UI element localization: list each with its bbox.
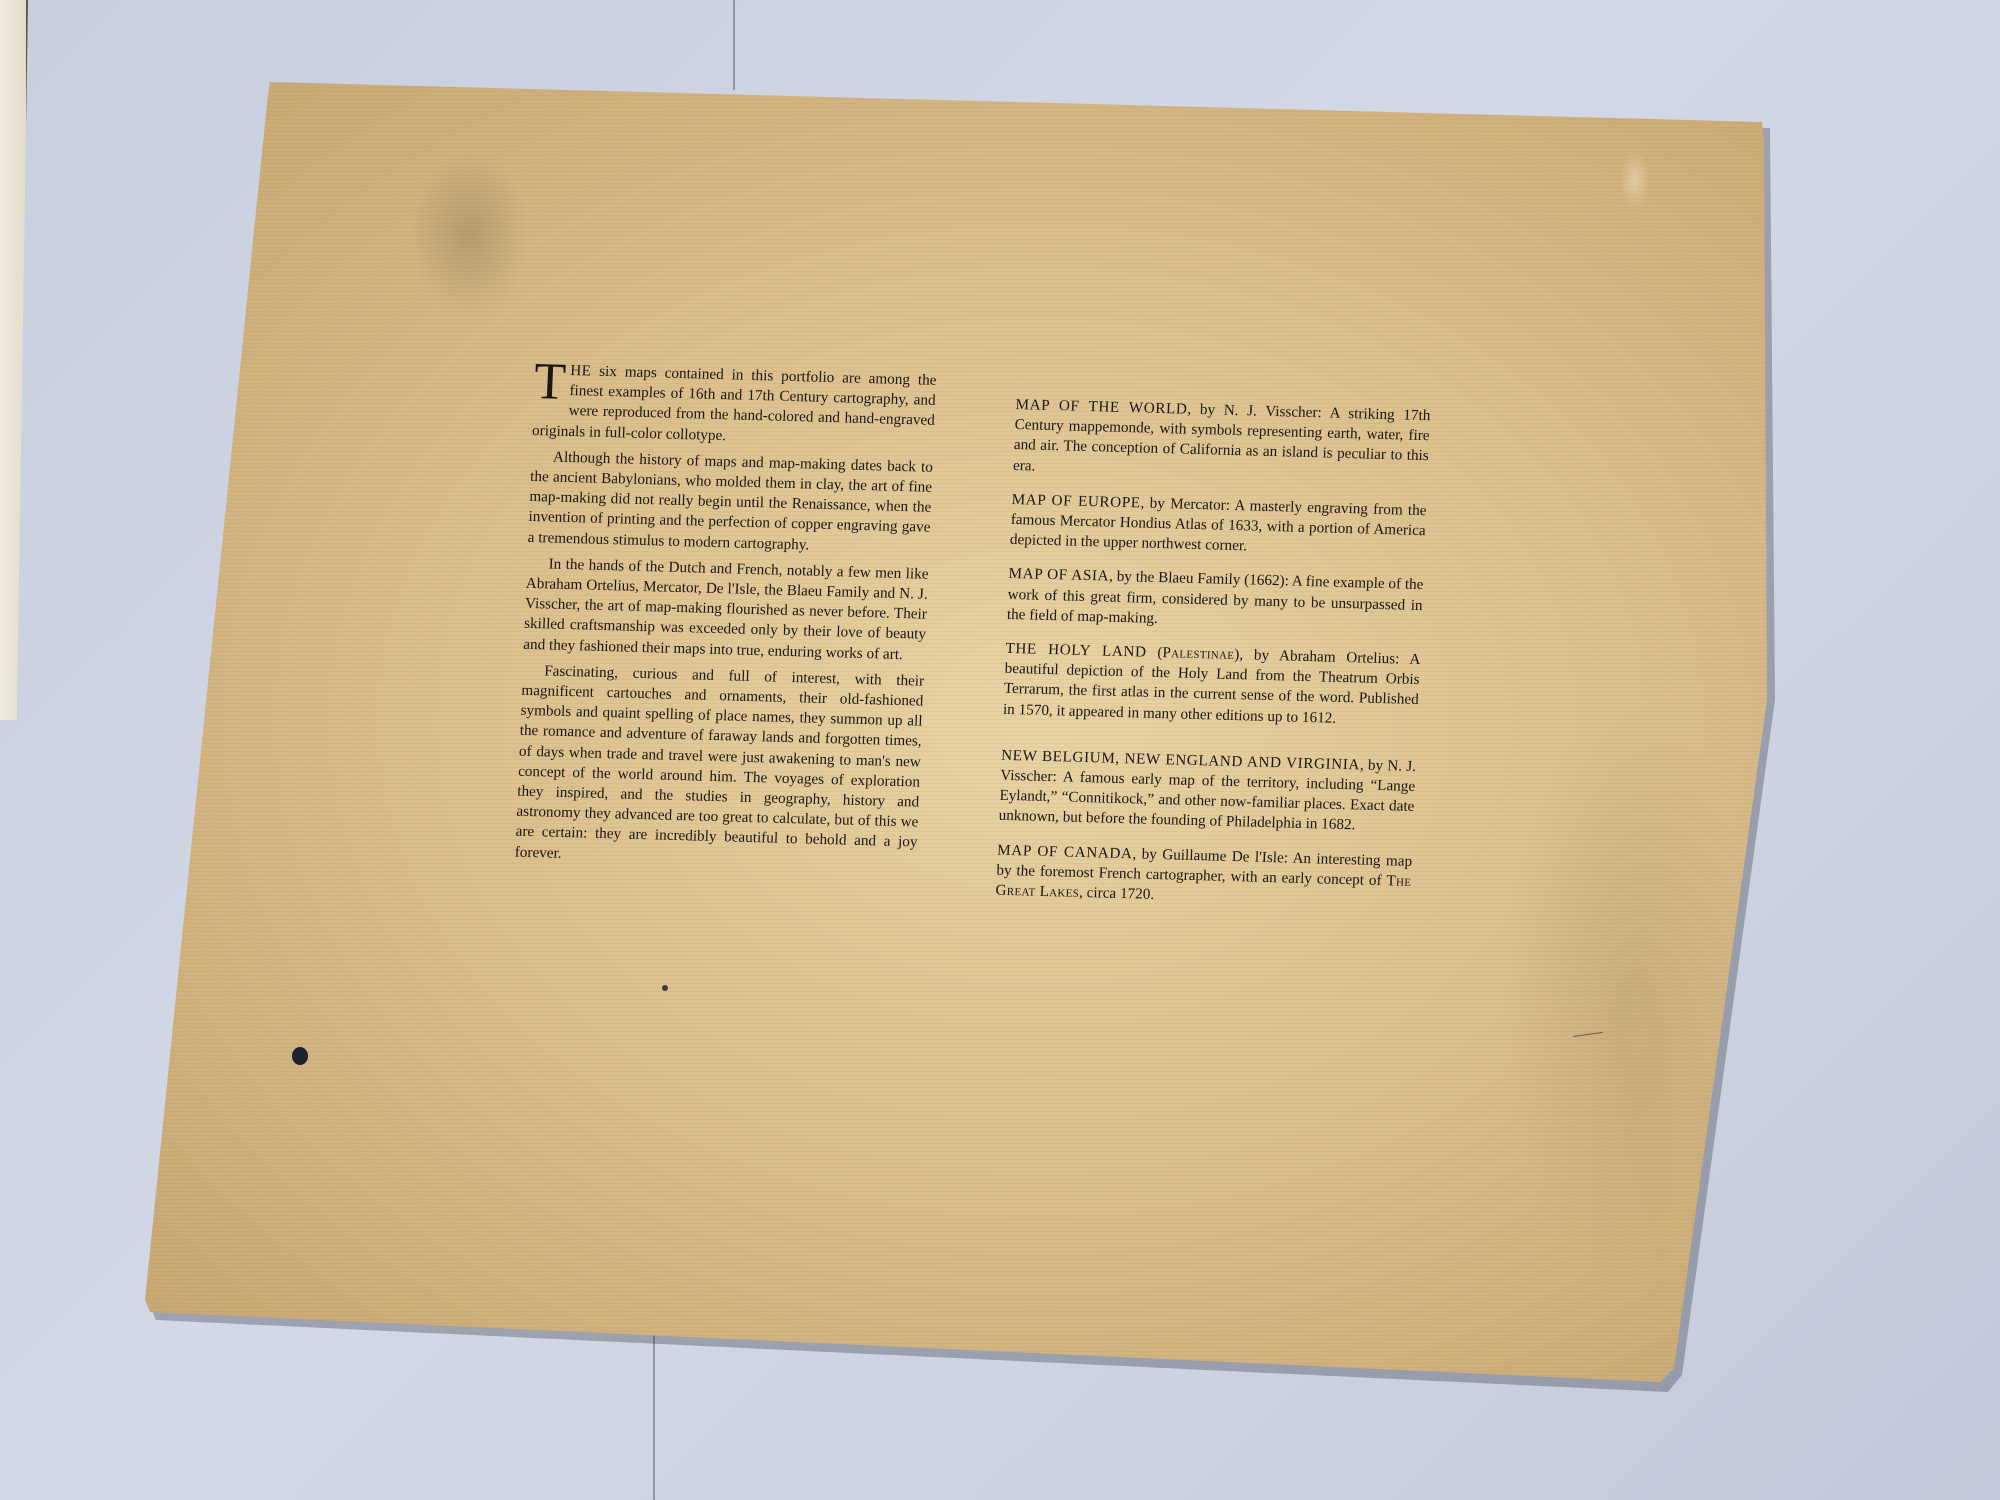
- map-subtitle: Palestinae: [1162, 644, 1235, 663]
- map-list-column: MAP OF THE WORLD, by N. J. Visscher: A s…: [995, 395, 1431, 926]
- table-seam-bottom: [653, 1330, 655, 1500]
- map-title: MAP OF CANADA: [997, 841, 1133, 862]
- table-seam-top: [733, 0, 735, 90]
- map-entry-new-belgium: NEW BELGIUM, NEW ENGLAND AND VIRGINIA, b…: [998, 746, 1416, 838]
- map-entry-canada: MAP OF CANADA, by Guillaume De l'Isle: A…: [995, 840, 1412, 912]
- intro-paragraph-3: In the hands of the Dutch and French, no…: [523, 554, 929, 666]
- map-entry-world: MAP OF THE WORLD, by N. J. Visscher: A s…: [1013, 395, 1431, 487]
- intro-paragraph-2: Although the history of maps and map-mak…: [527, 447, 933, 559]
- map-entry-europe: MAP OF EUROPE, by Mercator: A masterly e…: [1010, 490, 1427, 562]
- intro-paragraph-1: THE six maps contained in this portfolio…: [532, 360, 937, 452]
- map-entry-asia: MAP OF ASIA, by the Blaeu Family (1662):…: [1006, 564, 1423, 636]
- water-stain: [1500, 700, 1760, 1300]
- small-spot: [662, 985, 668, 991]
- intro-paragraph-4: Fascinating, curious and full of interes…: [514, 661, 924, 874]
- ink-blot: [292, 1047, 308, 1065]
- map-title: MAP OF THE WORLD: [1015, 396, 1188, 418]
- foxing-stain: [410, 150, 530, 320]
- drop-cap: T: [533, 362, 566, 403]
- introduction-column: THE six maps contained in this portfolio…: [514, 360, 937, 879]
- map-title: MAP OF ASIA: [1008, 565, 1109, 585]
- map-entry-holy-land: THE HOLY LAND (Palestinae), by Abraham O…: [1003, 639, 1421, 731]
- printed-text: THE six maps contained in this portfolio…: [510, 360, 1454, 984]
- light-spot: [1620, 150, 1650, 210]
- map-title: THE HOLY LAND: [1005, 640, 1147, 661]
- map-title: MAP OF EUROPE: [1011, 491, 1141, 511]
- adjacent-sheet-edge: [0, 0, 28, 720]
